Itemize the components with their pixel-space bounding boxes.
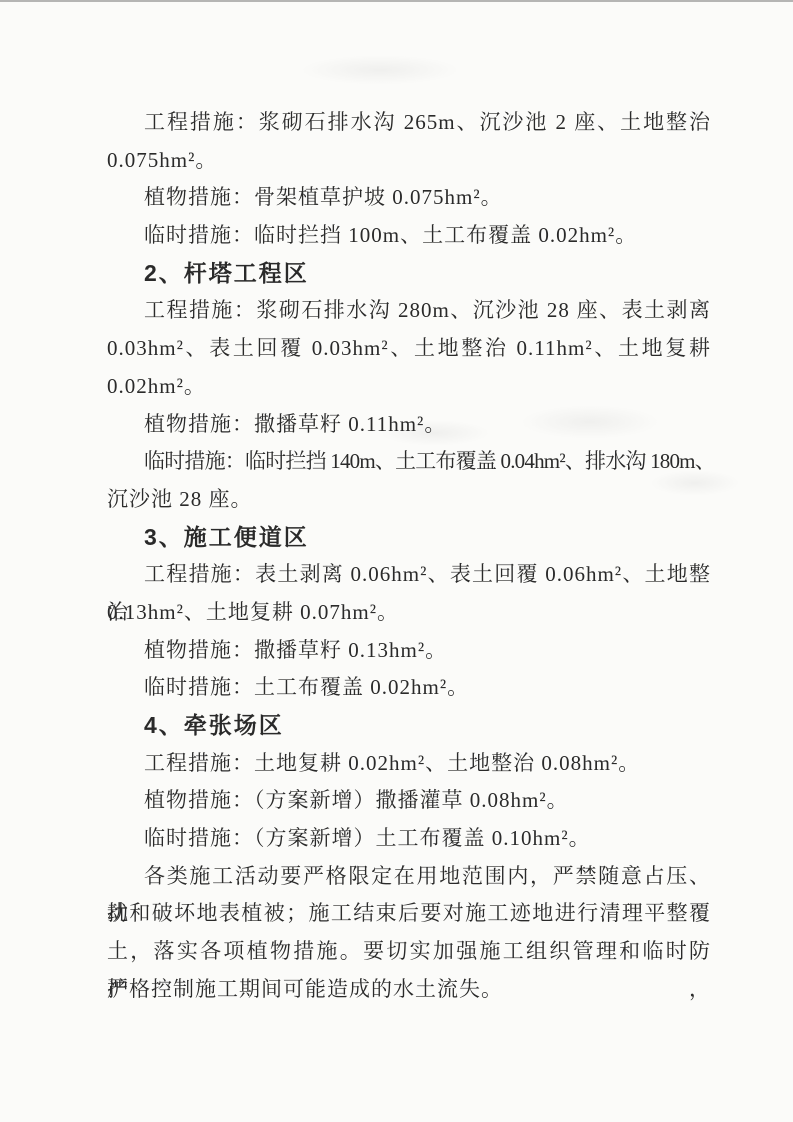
text-line: 动和破坏地表植被；施工结束后要对施工迹地进行清理平整覆 xyxy=(107,895,711,933)
text-line: 0.03hm²、表土回覆 0.03hm²、土地整治 0.11hm²、土地复耕 xyxy=(107,330,711,368)
text-line: 0.02hm²。 xyxy=(107,368,711,406)
text-line: 0.13hm²、土地复耕 0.07hm²。 xyxy=(107,594,711,632)
text-line: 0.075hm²。 xyxy=(107,142,711,180)
text-line: 植物措施：（方案新增）撒播灌草 0.08hm²。 xyxy=(107,782,711,820)
section-heading: 2、杆塔工程区 xyxy=(107,255,711,293)
text-line: 土，落实各项植物措施。要切实加强施工组织管理和临时防护， xyxy=(107,933,711,971)
text-line: 临时措施：土工布覆盖 0.02hm²。 xyxy=(107,669,711,707)
document-content: 工程措施：浆砌石排水沟 265m、沉沙池 2 座、土地整治 0.075hm²。 … xyxy=(107,104,711,1009)
section-construction-road-area: 3、施工便道区 工程措施：表土剥离 0.06hm²、表土回覆 0.06hm²、土… xyxy=(107,519,711,707)
text-line: 临时措施：（方案新增）土工布覆盖 0.10hm²。 xyxy=(107,820,711,858)
section-heading: 4、牵张场区 xyxy=(107,707,711,745)
text-line: 各类施工活动要严格限定在用地范围内，严禁随意占压、扰 xyxy=(107,858,711,896)
text-line: 沉沙池 28 座。 xyxy=(107,481,711,519)
text-line: 临时措施：临时拦挡 140m、土工布覆盖 0.04hm²、排水沟 180m、 xyxy=(107,443,711,481)
text-line: 植物措施：骨架植草护坡 0.075hm²。 xyxy=(107,179,711,217)
text-line: 工程措施：浆砌石排水沟 280m、沉沙池 28 座、表土剥离 xyxy=(107,292,711,330)
scanned-document-page: 工程措施：浆砌石排水沟 265m、沉沙池 2 座、土地整治 0.075hm²。 … xyxy=(0,0,793,1122)
section-tower-works-area: 2、杆塔工程区 工程措施：浆砌石排水沟 280m、沉沙池 28 座、表土剥离 0… xyxy=(107,255,711,519)
scan-smudge xyxy=(300,55,460,85)
text-line: 植物措施：撒播草籽 0.13hm²。 xyxy=(107,632,711,670)
text-line: 植物措施：撒播草籽 0.11hm²。 xyxy=(107,406,711,444)
section-tensioning-site-area: 4、牵张场区 工程措施：土地复耕 0.02hm²、土地整治 0.08hm²。 植… xyxy=(107,707,711,1009)
section-continued-measures: 工程措施：浆砌石排水沟 265m、沉沙池 2 座、土地整治 0.075hm²。 … xyxy=(107,104,711,255)
scan-edge-line xyxy=(0,0,793,2)
text-line: 临时措施：临时拦挡 100m、土工布覆盖 0.02hm²。 xyxy=(107,217,711,255)
text-line: 工程措施：土地复耕 0.02hm²、土地整治 0.08hm²。 xyxy=(107,745,711,783)
text-line: 工程措施：表土剥离 0.06hm²、表土回覆 0.06hm²、土地整治 xyxy=(107,556,711,594)
section-heading: 3、施工便道区 xyxy=(107,519,711,557)
text-line: 工程措施：浆砌石排水沟 265m、沉沙池 2 座、土地整治 xyxy=(107,104,711,142)
